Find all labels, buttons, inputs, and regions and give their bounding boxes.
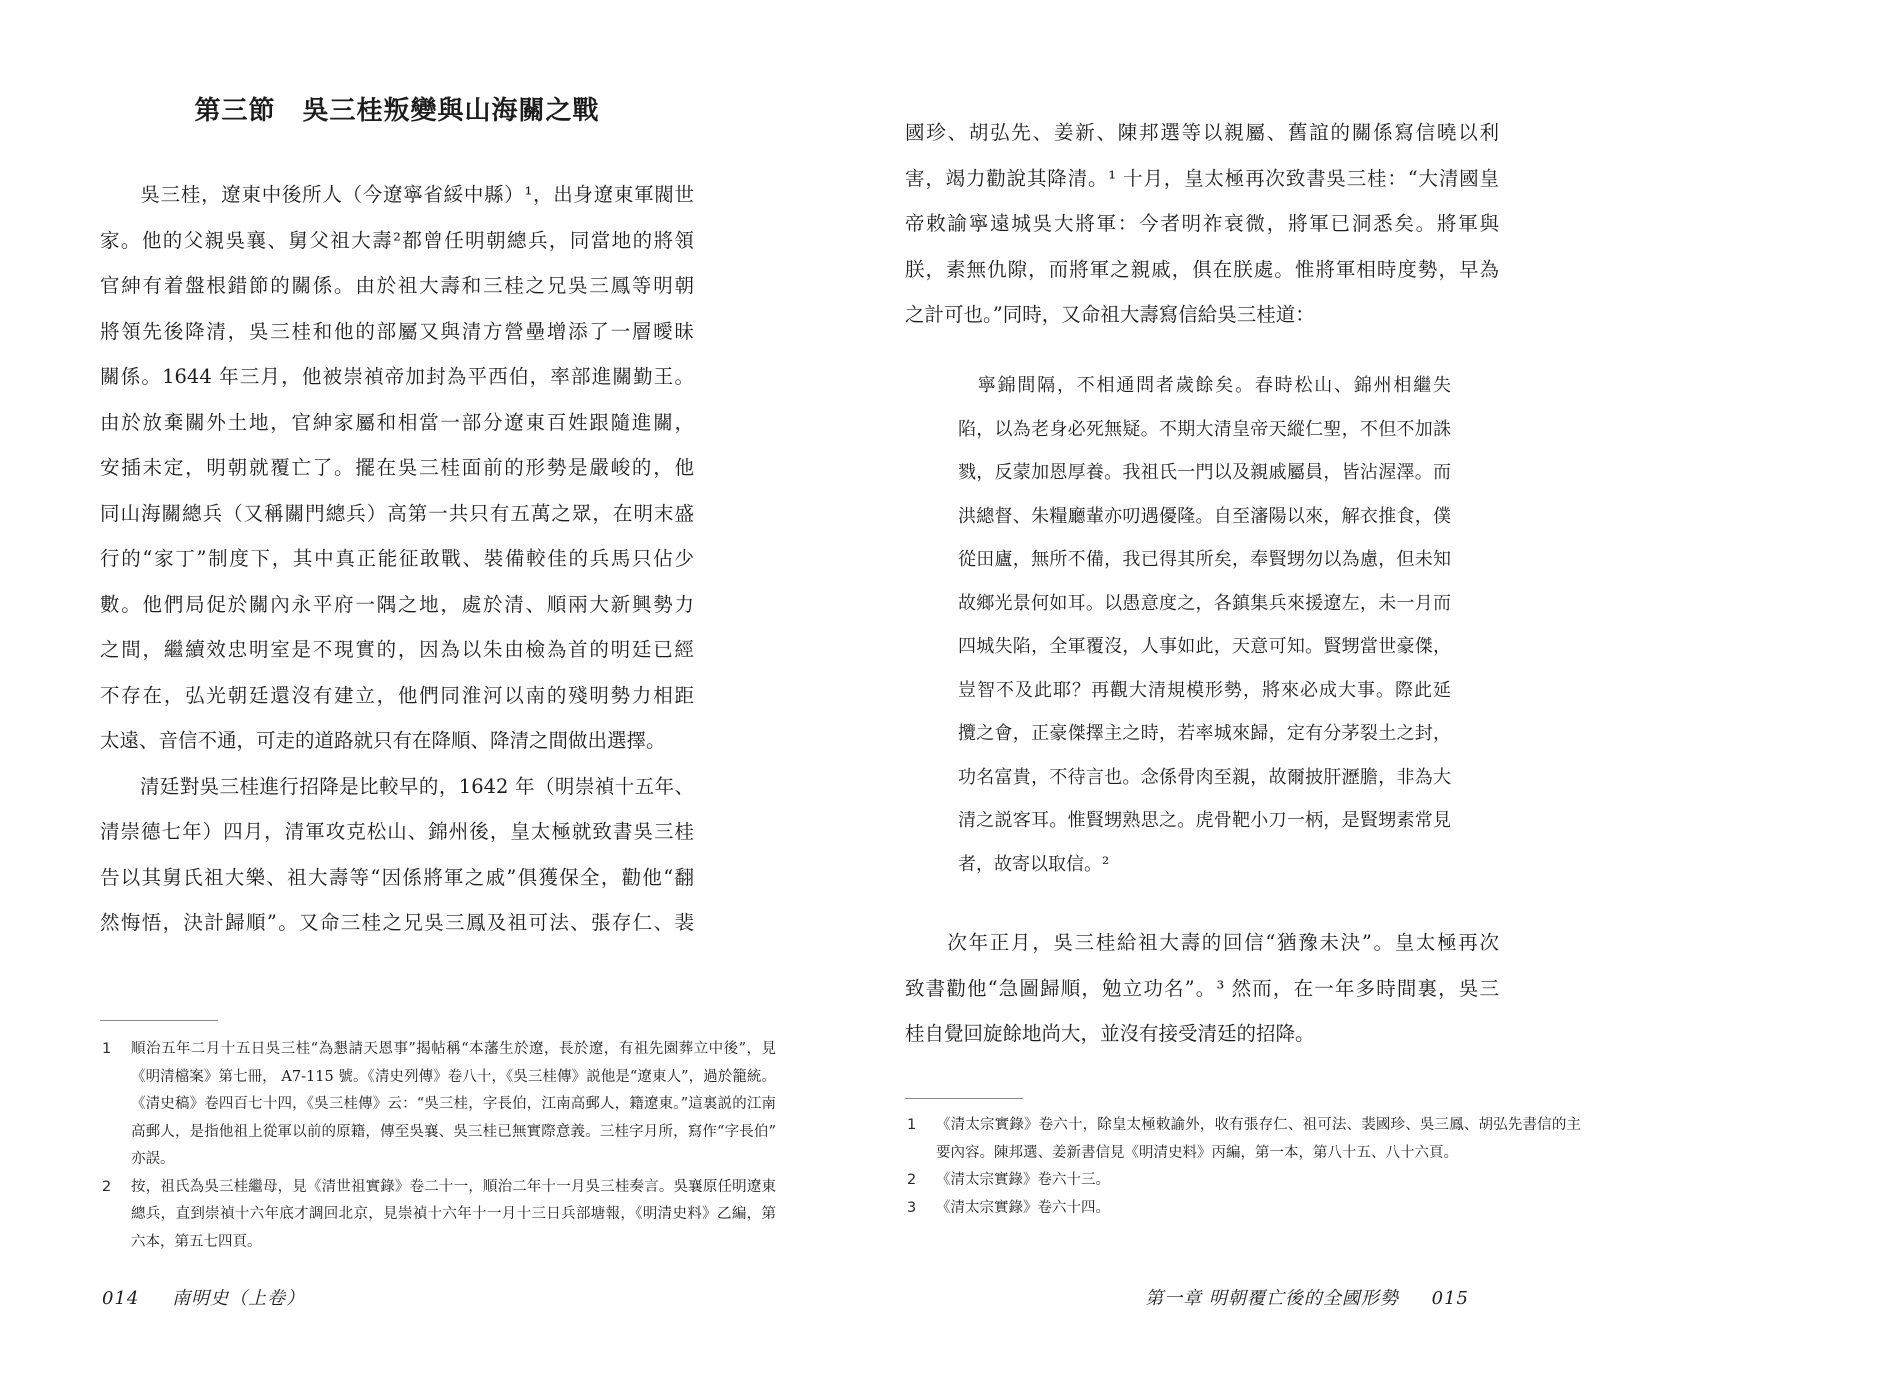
footnote-divider (100, 1020, 218, 1021)
body-text-right-top: 國珍、胡弘先、姜新、陳邦選等以親屬、舊誼的關係寫信曉以利害，竭力勸說其降清。¹ … (905, 110, 1499, 338)
body-text-left: 吳三桂，遼東中後所人（今遼寧省綏中縣）¹，出身遼東軍閥世家。他的父親吳襄、舅父祖… (100, 172, 694, 946)
footnote-number: 3 (907, 1195, 916, 1223)
text-line: 同山海關總兵（又稱關門總兵）高第一共只有五萬之眾，在明末盛 (100, 491, 694, 537)
footnotes-left: 1 順治五年二月十五日吳三桂“為懇請天恩事”揭帖稱“本藩生於遼，長於遼，有祖先園… (100, 1036, 776, 1256)
text-line: 六本，第五七四頁。 (131, 1229, 776, 1257)
text-line: 官紳有着盤根錯節的關係。由於祖大壽和三桂之兄吳三鳳等明朝 (100, 263, 694, 309)
footnote: 1 《清太宗實錄》卷六十，除皇太極敕諭外，收有張存仁、祖可法、裴國珍、吳三鳳、胡… (905, 1112, 1581, 1167)
footnote: 1 順治五年二月十五日吳三桂“為懇請天恩事”揭帖稱“本藩生於遼，長於遼，有祖先園… (100, 1036, 776, 1174)
text-line: 功名富貴，不待言也。念係骨肉至親，故爾披肝瀝膽，非為大 (958, 756, 1451, 800)
text-line: 告以其舅氏祖大樂、祖大壽等“因係將軍之戚”俱獲保全，勸他“翻 (100, 855, 694, 901)
text-line: 由於放棄關外土地，官紳家屬和相當一部分遼東百姓跟隨進關， (100, 400, 694, 446)
footnote-text: 順治五年二月十五日吳三桂“為懇請天恩事”揭帖稱“本藩生於遼，長於遼，有祖先園葬立… (131, 1036, 776, 1174)
text-line: 清之説客耳。惟賢甥熟思之。虎骨靶小刀一柄，是賢甥素常見 (958, 799, 1451, 843)
footnote-divider (905, 1098, 1023, 1099)
text-line: 者，故寄以取信。² (958, 843, 1451, 887)
text-line: 寧錦間隔，不相通問者歲餘矣。春時松山、錦州相繼失 (958, 364, 1451, 408)
text-line: 朕，素無仇隙，而將軍之親戚，俱在朕處。惟將軍相時度勢，早為 (905, 247, 1499, 293)
footnote: 2 《清太宗實錄》卷六十三。 (905, 1167, 1581, 1195)
page-number: 015 (1432, 1288, 1469, 1309)
paragraph: 吳三桂，遼東中後所人（今遼寧省綏中縣）¹，出身遼東軍閥世家。他的父親吳襄、舅父祖… (100, 172, 694, 764)
page-right: 國珍、胡弘先、姜新、陳邦選等以親屬、舊誼的關係寫信曉以利害，竭力勸說其降清。¹ … (905, 0, 1499, 1382)
footnote-number: 2 (907, 1167, 916, 1195)
text-line: 帝敕諭寧遠城吳大將軍：今者明祚衰微，將軍已洞悉矣。將軍與 (905, 201, 1499, 247)
text-line: 故鄉光景何如耳。以愚意度之，各鎮集兵來援遼左，未一月而 (958, 582, 1451, 626)
footnote-number: 1 (102, 1036, 111, 1064)
text-line: 安插未定，明朝就覆亡了。擺在吳三桂面前的形勢是嚴峻的，他 (100, 445, 694, 491)
text-line: 亦誤。 (131, 1146, 776, 1174)
text-line: 家。他的父親吳襄、舅父祖大壽²都曾任明朝總兵，同當地的將領 (100, 218, 694, 264)
text-line: 然悔悟，決計歸順”。又命三桂之兄吳三鳳及祖可法、張存仁、裴 (100, 900, 694, 946)
text-line: 太遠、音信不通，可走的道路就只有在降順、降清之間做出選擇。 (100, 718, 694, 764)
text-line: 《清太宗實錄》卷六十四。 (936, 1195, 1581, 1223)
text-line: 不存在，弘光朝廷還沒有建立，他們同淮河以南的殘明勢力相距 (100, 673, 694, 719)
paragraph: 清廷對吳三桂進行招降是比較早的，1642 年（明崇禎十五年、清崇德七年）四月，清… (100, 764, 694, 946)
paragraph: 次年正月，吳三桂給祖大壽的回信“猶豫未決”。皇太極再次致書勸他“急圖歸順，勉立功… (905, 920, 1499, 1057)
text-line: 《明清檔案》第七冊， A7-115 號。《清史列傳》卷八十，《吳三桂傳》説他是“… (131, 1064, 776, 1092)
text-line: 國珍、胡弘先、姜新、陳邦選等以親屬、舊誼的關係寫信曉以利 (905, 110, 1499, 156)
footnote-number: 2 (102, 1174, 111, 1202)
text-line: 高郵人，是指他祖上從軍以前的原籍，傳至吳襄、吳三桂已無實際意義。三桂字月所，寫作… (131, 1119, 776, 1147)
footnote-text: 《清太宗實錄》卷六十三。 (936, 1167, 1581, 1195)
text-line: 《清太宗實錄》卷六十，除皇太極敕諭外，收有張存仁、祖可法、裴國珍、吳三鳳、胡弘先… (936, 1112, 1581, 1140)
text-line: 攬之會，正豪傑擇主之時，若率城來歸，定有分茅裂土之封， (958, 712, 1451, 756)
text-line: 數。他們局促於關內永平府一隅之地，處於清、順兩大新興勢力 (100, 582, 694, 628)
section-heading: 第三節 吳三桂叛變與山海關之戰 (100, 90, 694, 127)
text-line: 陷，以為老身必死無疑。不期大清皇帝天縱仁聖，不但不加誅 (958, 408, 1451, 452)
text-line: 順治五年二月十五日吳三桂“為懇請天恩事”揭帖稱“本藩生於遼，長於遼，有祖先園葬立… (131, 1036, 776, 1064)
footnote-text: 《清太宗實錄》卷六十四。 (936, 1195, 1581, 1223)
text-line: 《清太宗實錄》卷六十三。 (936, 1167, 1581, 1195)
footnote: 3 《清太宗實錄》卷六十四。 (905, 1195, 1581, 1223)
text-line: 總兵，直到崇禎十六年底才調回北京，見崇禎十六年十一月十三日兵部塘報，《明清史料》… (131, 1201, 776, 1229)
text-line: 《清史稿》卷四百七十四，《吳三桂傳》云：“吳三桂，字長伯，江南高郵人，籍遼東。”… (131, 1091, 776, 1119)
text-line: 清廷對吳三桂進行招降是比較早的，1642 年（明崇禎十五年、 (100, 764, 694, 810)
footnotes-right: 1 《清太宗實錄》卷六十，除皇太極敕諭外，收有張存仁、祖可法、裴國珍、吳三鳳、胡… (905, 1112, 1581, 1222)
text-line: 桂自覺回旋餘地尚大，並沒有接受清廷的招降。 (905, 1011, 1499, 1057)
footnote-number: 1 (907, 1112, 916, 1140)
text-line: 洪總督、朱糧廳輩亦叨遇優隆。自至瀋陽以來，解衣推食，僕 (958, 495, 1451, 539)
running-title: 第一章 明朝覆亡後的全國形勢 (1145, 1288, 1399, 1309)
text-line: 按，祖氏為吳三桂繼母，見《清世祖實錄》卷二十一，順治二年十一月吳三桂奏言。吳襄原… (131, 1174, 776, 1202)
page-footer-left: 014 南明史（上卷） (102, 1284, 305, 1310)
block-quote: 寧錦間隔，不相通問者歲餘矣。春時松山、錦州相繼失陷，以為老身必死無疑。不期大清皇… (958, 364, 1451, 886)
text-line: 將領先後降清，吳三桂和他的部屬又與清方營壘增添了一層曖昧 (100, 309, 694, 355)
text-line: 清崇德七年）四月，清軍攻克松山、錦州後，皇太極就致書吳三桂 (100, 809, 694, 855)
page-left: 第三節 吳三桂叛變與山海關之戰 吳三桂，遼東中後所人（今遼寧省綏中縣）¹，出身遼… (100, 0, 694, 1382)
text-line: 害，竭力勸說其降清。¹ 十月，皇太極再次致書吳三桂：“大清國皇 (905, 156, 1499, 202)
text-line: 之間，繼續效忠明室是不現實的，因為以朱由檢為首的明廷已經 (100, 627, 694, 673)
text-line: 四城失陷，全軍覆沒，人事如此，天意可知。賢甥當世豪傑， (958, 625, 1451, 669)
book-spread: 第三節 吳三桂叛變與山海關之戰 吳三桂，遼東中後所人（今遼寧省綏中縣）¹，出身遼… (0, 0, 1890, 1382)
text-line: 要內容。陳邦選、姜新書信見《明清史料》丙編，第一本，第八十五、八十六頁。 (936, 1140, 1581, 1168)
text-line: 之計可也。”同時，又命祖大壽寫信給吳三桂道： (905, 292, 1499, 338)
footnote: 2 按，祖氏為吳三桂繼母，見《清世祖實錄》卷二十一，順治二年十一月吳三桂奏言。吳… (100, 1174, 776, 1257)
text-line: 致書勸他“急圖歸順，勉立功名”。³ 然而，在一年多時間裏，吳三 (905, 966, 1499, 1012)
text-line: 關係。1644 年三月，他被崇禎帝加封為平西伯，率部進關勤王。 (100, 354, 694, 400)
text-line: 次年正月，吳三桂給祖大壽的回信“猶豫未決”。皇太極再次 (905, 920, 1499, 966)
text-line: 吳三桂，遼東中後所人（今遼寧省綏中縣）¹，出身遼東軍閥世 (100, 172, 694, 218)
body-text-right-bottom: 次年正月，吳三桂給祖大壽的回信“猶豫未決”。皇太極再次致書勸他“急圖歸順，勉立功… (905, 920, 1499, 1057)
text-line: 戮，反蒙加恩厚養。我祖氏一門以及親戚屬員，皆沾渥澤。而 (958, 451, 1451, 495)
footnote-text: 《清太宗實錄》卷六十，除皇太極敕諭外，收有張存仁、祖可法、裴國珍、吳三鳳、胡弘先… (936, 1112, 1581, 1167)
page-number: 014 (102, 1288, 139, 1309)
footnote-text: 按，祖氏為吳三桂繼母，見《清世祖實錄》卷二十一，順治二年十一月吳三桂奏言。吳襄原… (131, 1174, 776, 1257)
text-line: 豈智不及此耶？再觀大清規模形勢，將來必成大事。際此延 (958, 669, 1451, 713)
text-line: 行的“家丁”制度下，其中真正能征敢戰、裝備較佳的兵馬只佔少 (100, 536, 694, 582)
text-line: 從田廬，無所不備，我已得其所矣，奉賢甥勿以為慮，但未知 (958, 538, 1451, 582)
running-title: 南明史（上卷） (172, 1288, 305, 1309)
paragraph: 國珍、胡弘先、姜新、陳邦選等以親屬、舊誼的關係寫信曉以利害，竭力勸說其降清。¹ … (905, 110, 1499, 338)
page-footer-right: 第一章 明朝覆亡後的全國形勢 015 (1145, 1284, 1469, 1310)
